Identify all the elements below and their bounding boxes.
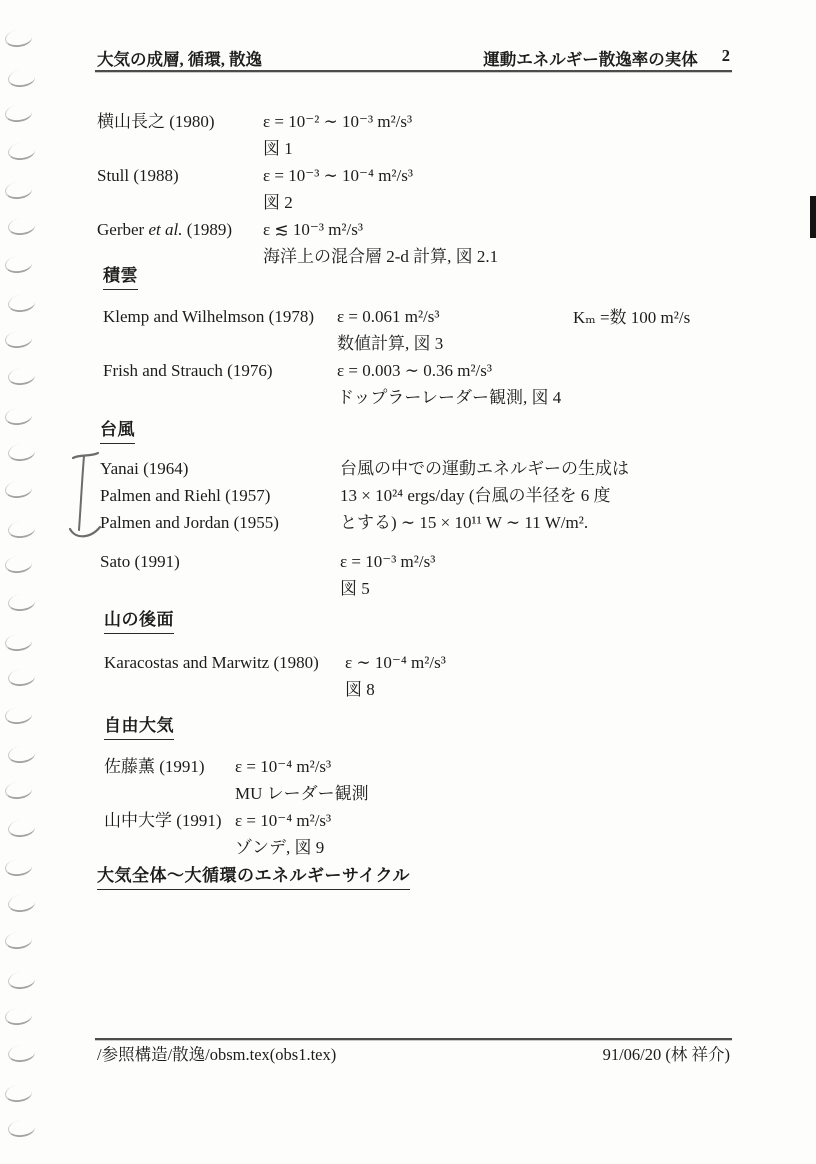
handwritten-group-bracket	[68, 450, 102, 544]
binding-hole	[7, 367, 36, 387]
citation: Frish and Strauch (1976)	[103, 357, 337, 384]
footer-date-author: 91/06/20 (林 祥介)	[603, 1044, 730, 1066]
citation: 横山長之 (1980)	[97, 108, 263, 135]
description-line: とする) ∼ 15 × 10¹¹ W ∼ 11 W/m².	[340, 509, 629, 536]
description-line: 台風の中での運動エネルギーの生成は	[340, 455, 629, 482]
binding-hole	[7, 216, 36, 236]
entry-value: ε = 0.003 ∼ 0.36 m²/s³	[337, 357, 492, 384]
citation: Palmen and Jordan (1955)	[100, 509, 340, 536]
binding-hole	[4, 931, 33, 951]
binding-hole	[4, 555, 33, 575]
entry-value: ε = 10⁻² ∼ 10⁻³ m²/s³	[263, 108, 412, 135]
binding-hole	[4, 181, 33, 201]
entry-note: 図 2	[263, 189, 293, 216]
binding-hole	[4, 780, 33, 800]
binding-hole	[7, 442, 36, 462]
entry-note: 図 5	[340, 575, 370, 602]
section-heading-cumulus: 積雲	[103, 264, 138, 290]
entry-note: 図 8	[345, 676, 375, 703]
citation-et-al: et al.	[148, 220, 182, 239]
binding-hole	[4, 254, 33, 274]
entry-note-row: 図 8	[104, 676, 744, 703]
binding-hole	[7, 68, 36, 88]
entry-value: ε ≲ 10⁻³ m²/s³	[263, 216, 363, 243]
binding-hole	[4, 1006, 33, 1026]
binding-hole	[7, 141, 36, 161]
binding-hole	[4, 329, 33, 349]
section-heading-free-atmosphere: 自由大気	[104, 714, 174, 740]
entry-row: Stull (1988) ε = 10⁻³ ∼ 10⁻⁴ m²/s³	[97, 162, 498, 189]
binding-hole	[7, 970, 36, 990]
citation: Karacostas and Marwitz (1980)	[104, 649, 345, 676]
section-typhoon: 台風 Yanai (1964) Palmen and Riehl (1957) …	[100, 418, 740, 602]
binding-hole	[7, 1044, 36, 1064]
section-heading-typhoon: 台風	[100, 418, 135, 444]
entry-row: 横山長之 (1980) ε = 10⁻² ∼ 10⁻³ m²/s³	[97, 108, 498, 135]
binding-hole	[4, 480, 33, 500]
citation: Yanai (1964)	[100, 455, 340, 482]
binding-hole	[7, 893, 36, 913]
section-intro: 横山長之 (1980) ε = 10⁻² ∼ 10⁻³ m²/s³ 図 1 St…	[97, 108, 498, 270]
section-cumulus: 積雲 Klemp and Wilhelmson (1978) ε = 0.061…	[103, 264, 743, 411]
entry-note-row: MU レーダー観測	[104, 780, 744, 807]
entry-row: Karacostas and Marwitz (1980) ε ∼ 10⁻⁴ m…	[104, 649, 744, 676]
binding-hole	[7, 668, 36, 688]
binding-hole	[7, 1119, 36, 1139]
page-number: 2	[722, 46, 730, 70]
km-side-note: Kₘ =数 100 m²/s	[573, 304, 690, 331]
entry-value: ε = 10⁻³ ∼ 10⁻⁴ m²/s³	[263, 162, 413, 189]
citation: Klemp and Wilhelmson (1978)	[103, 303, 337, 330]
scanned-document-page: 大気の成層, 循環, 散逸 運動エネルギー散逸率の実体 2 横山長之 (1980…	[0, 0, 816, 1164]
citation-group: Yanai (1964) Palmen and Riehl (1957) Pal…	[100, 455, 740, 536]
entry-value: ε = 10⁻⁴ m²/s³	[235, 807, 331, 834]
header-right-title: 運動エネルギー散逸率の実体	[483, 46, 698, 70]
entry-value: ε = 10⁻³ m²/s³	[340, 548, 435, 575]
citation: Palmen and Riehl (1957)	[100, 482, 340, 509]
entry-note: ドップラーレーダー観測, 図 4	[337, 384, 561, 411]
binding-hole	[7, 519, 36, 539]
page-header: 大気の成層, 循環, 散逸 運動エネルギー散逸率の実体 2	[97, 46, 730, 70]
entry-row: Gerber et al. (1989) ε ≲ 10⁻³ m²/s³	[97, 216, 498, 243]
binding-hole	[7, 294, 36, 314]
section-energy-cycle: 大気全体〜大循環のエネルギーサイクル	[97, 864, 410, 890]
citation: Stull (1988)	[97, 162, 263, 189]
binding-hole	[7, 818, 36, 838]
binding-hole	[4, 632, 33, 652]
entry-note: MU レーダー観測	[235, 780, 369, 807]
binding-hole	[4, 406, 33, 426]
entry-value: ε = 10⁻⁴ m²/s³	[235, 753, 331, 780]
entry-value: ε = 0.061 m²/s³	[337, 303, 439, 330]
binding-hole	[7, 745, 36, 765]
footer-file-path: /参照構造/散逸/obsm.tex(obs1.tex)	[97, 1044, 336, 1066]
entry-note-row: 数値計算, 図 3	[103, 330, 743, 357]
entry-note: 数値計算, 図 3	[337, 330, 443, 357]
entry-value: ε ∼ 10⁻⁴ m²/s³	[345, 649, 446, 676]
entry-row: 山中大学 (1991) ε = 10⁻⁴ m²/s³	[104, 807, 744, 834]
binding-hole	[4, 104, 33, 124]
entry-row: 佐藤薫 (1991) ε = 10⁻⁴ m²/s³	[104, 753, 744, 780]
citation: Gerber et al. (1989)	[97, 216, 263, 243]
binding-hole	[4, 858, 33, 878]
entry-row: Sato (1991) ε = 10⁻³ m²/s³	[100, 548, 740, 575]
binding-hole	[4, 705, 33, 725]
binding-hole	[4, 1083, 33, 1103]
page-footer: /参照構造/散逸/obsm.tex(obs1.tex) 91/06/20 (林 …	[97, 1044, 730, 1066]
section-free-atmosphere: 自由大気 佐藤薫 (1991) ε = 10⁻⁴ m²/s³ MU レーダー観測…	[104, 714, 744, 861]
section-mountain-lee: 山の後面 Karacostas and Marwitz (1980) ε ∼ 1…	[104, 608, 744, 703]
header-rule	[95, 70, 732, 72]
section-heading-mountain-lee: 山の後面	[104, 608, 174, 634]
group-description: 台風の中での運動エネルギーの生成は 13 × 10²⁴ ergs/day (台風…	[340, 455, 629, 536]
entry-note: 図 1	[263, 135, 293, 162]
section-heading-energy-cycle: 大気全体〜大循環のエネルギーサイクル	[97, 864, 410, 890]
binding-hole	[7, 592, 36, 612]
entry-row: Frish and Strauch (1976) ε = 0.003 ∼ 0.3…	[103, 357, 743, 384]
citation: 山中大学 (1991)	[104, 807, 235, 834]
entry-note-row: 図 1	[97, 135, 498, 162]
footer-rule	[95, 1038, 732, 1040]
binding-hole	[4, 28, 33, 48]
entry-note-row: ドップラーレーダー観測, 図 4	[103, 384, 743, 411]
entry-note-row: ゾンデ, 図 9	[104, 834, 744, 861]
scan-artifact-bar	[810, 196, 816, 238]
header-left-title: 大気の成層, 循環, 散逸	[97, 46, 262, 70]
entry-note-row: 図 5	[100, 575, 740, 602]
description-line: 13 × 10²⁴ ergs/day (台風の半径を 6 度	[340, 482, 629, 509]
entry-note: ゾンデ, 図 9	[235, 834, 324, 861]
citation: 佐藤薫 (1991)	[104, 753, 235, 780]
entry-note-row: 図 2	[97, 189, 498, 216]
citation: Sato (1991)	[100, 548, 340, 575]
